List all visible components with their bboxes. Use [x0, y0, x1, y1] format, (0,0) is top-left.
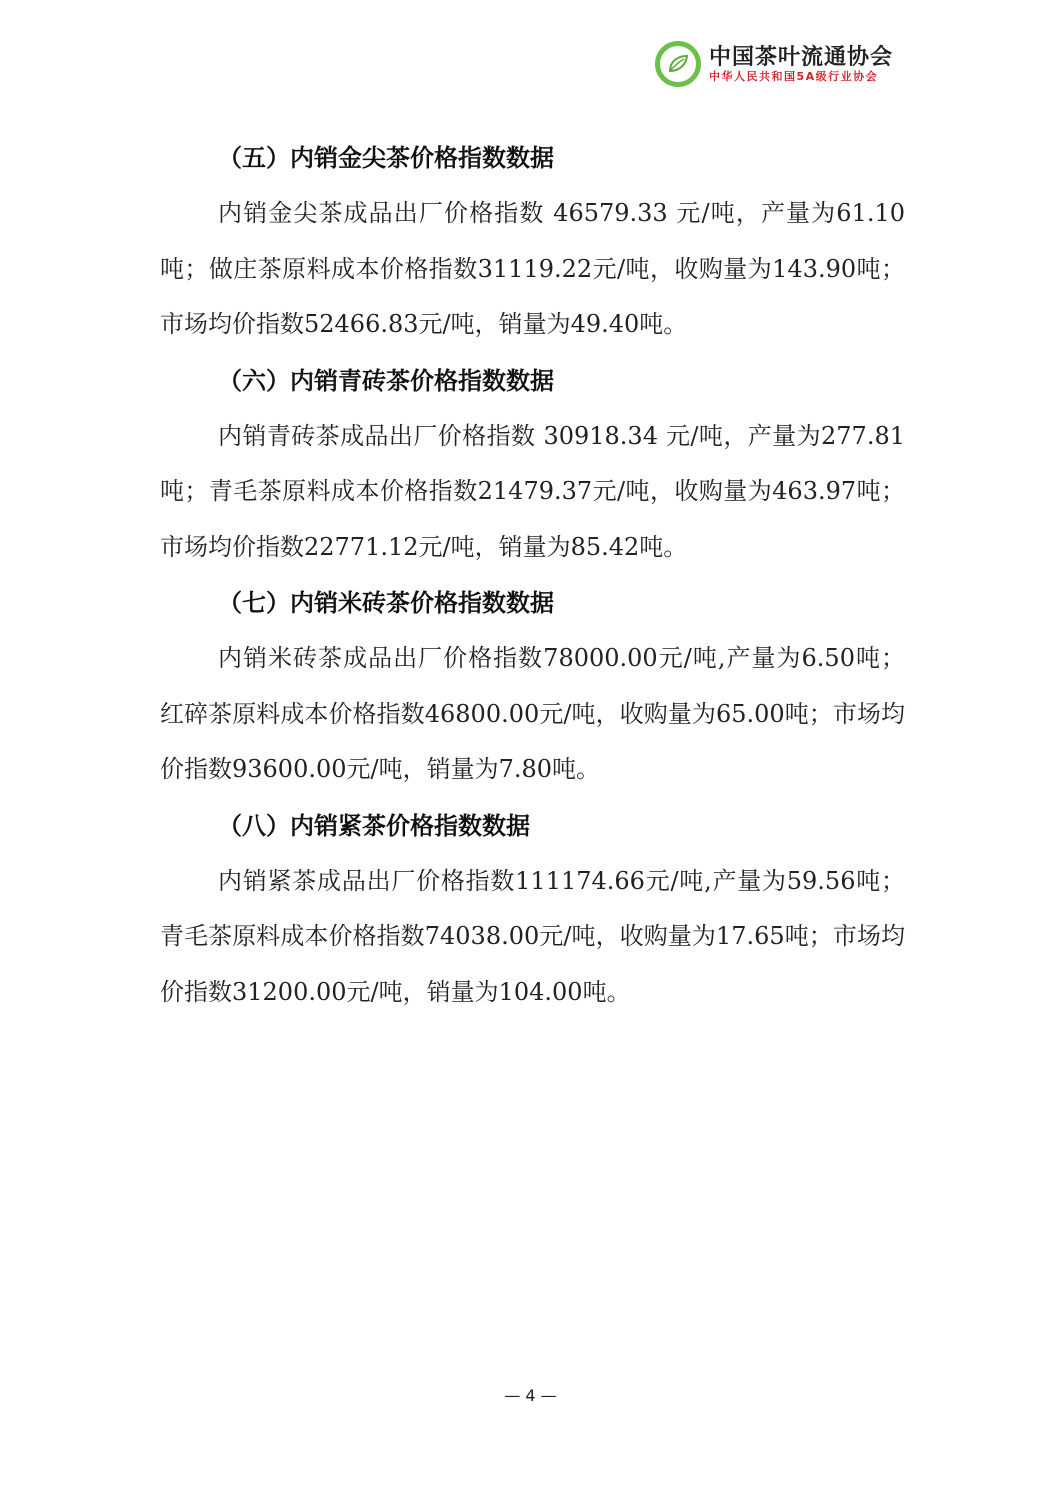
section-6: （六）内销青砖茶价格指数数据 内销青砖茶成品出厂价格指数 30918.34 元/…: [160, 353, 905, 576]
section-5: （五）内销金尖茶价格指数数据 内销金尖茶成品出厂价格指数 46579.33 元/…: [160, 130, 905, 353]
org-name: 中国茶叶流通协会: [709, 44, 893, 70]
section-paragraph: 内销青砖茶成品出厂价格指数 30918.34 元/吨，产量为277.81吨；青毛…: [160, 409, 905, 576]
document-body: （五）内销金尖茶价格指数数据 内销金尖茶成品出厂价格指数 46579.33 元/…: [160, 130, 905, 1020]
section-paragraph: 内销紧茶成品出厂价格指数111174.66元/吨,产量为59.56吨；青毛茶原料…: [160, 854, 905, 1021]
tea-leaf-logo-icon: [655, 41, 701, 87]
section-7: （七）内销米砖茶价格指数数据 内销米砖茶成品出厂价格指数78000.00元/吨,…: [160, 575, 905, 798]
section-title: （六）内销青砖茶价格指数数据: [218, 353, 905, 409]
section-title: （五）内销金尖茶价格指数数据: [218, 130, 905, 186]
section-8: （八）内销紧茶价格指数数据 内销紧茶成品出厂价格指数111174.66元/吨,产…: [160, 798, 905, 1021]
section-paragraph: 内销米砖茶成品出厂价格指数78000.00元/吨,产量为6.50吨；红碎茶原料成…: [160, 631, 905, 798]
section-paragraph: 内销金尖茶成品出厂价格指数 46579.33 元/吨，产量为61.10吨；做庄茶…: [160, 186, 905, 353]
section-title: （七）内销米砖茶价格指数数据: [218, 575, 905, 631]
page-number: — 4 —: [0, 1386, 1061, 1405]
leaf-icon: [665, 51, 691, 77]
org-logo-header: 中国茶叶流通协会 中华人民共和国5A级行业协会: [655, 38, 915, 90]
section-title: （八）内销紧茶价格指数数据: [218, 798, 905, 854]
org-subtitle: 中华人民共和国5A级行业协会: [709, 70, 893, 84]
